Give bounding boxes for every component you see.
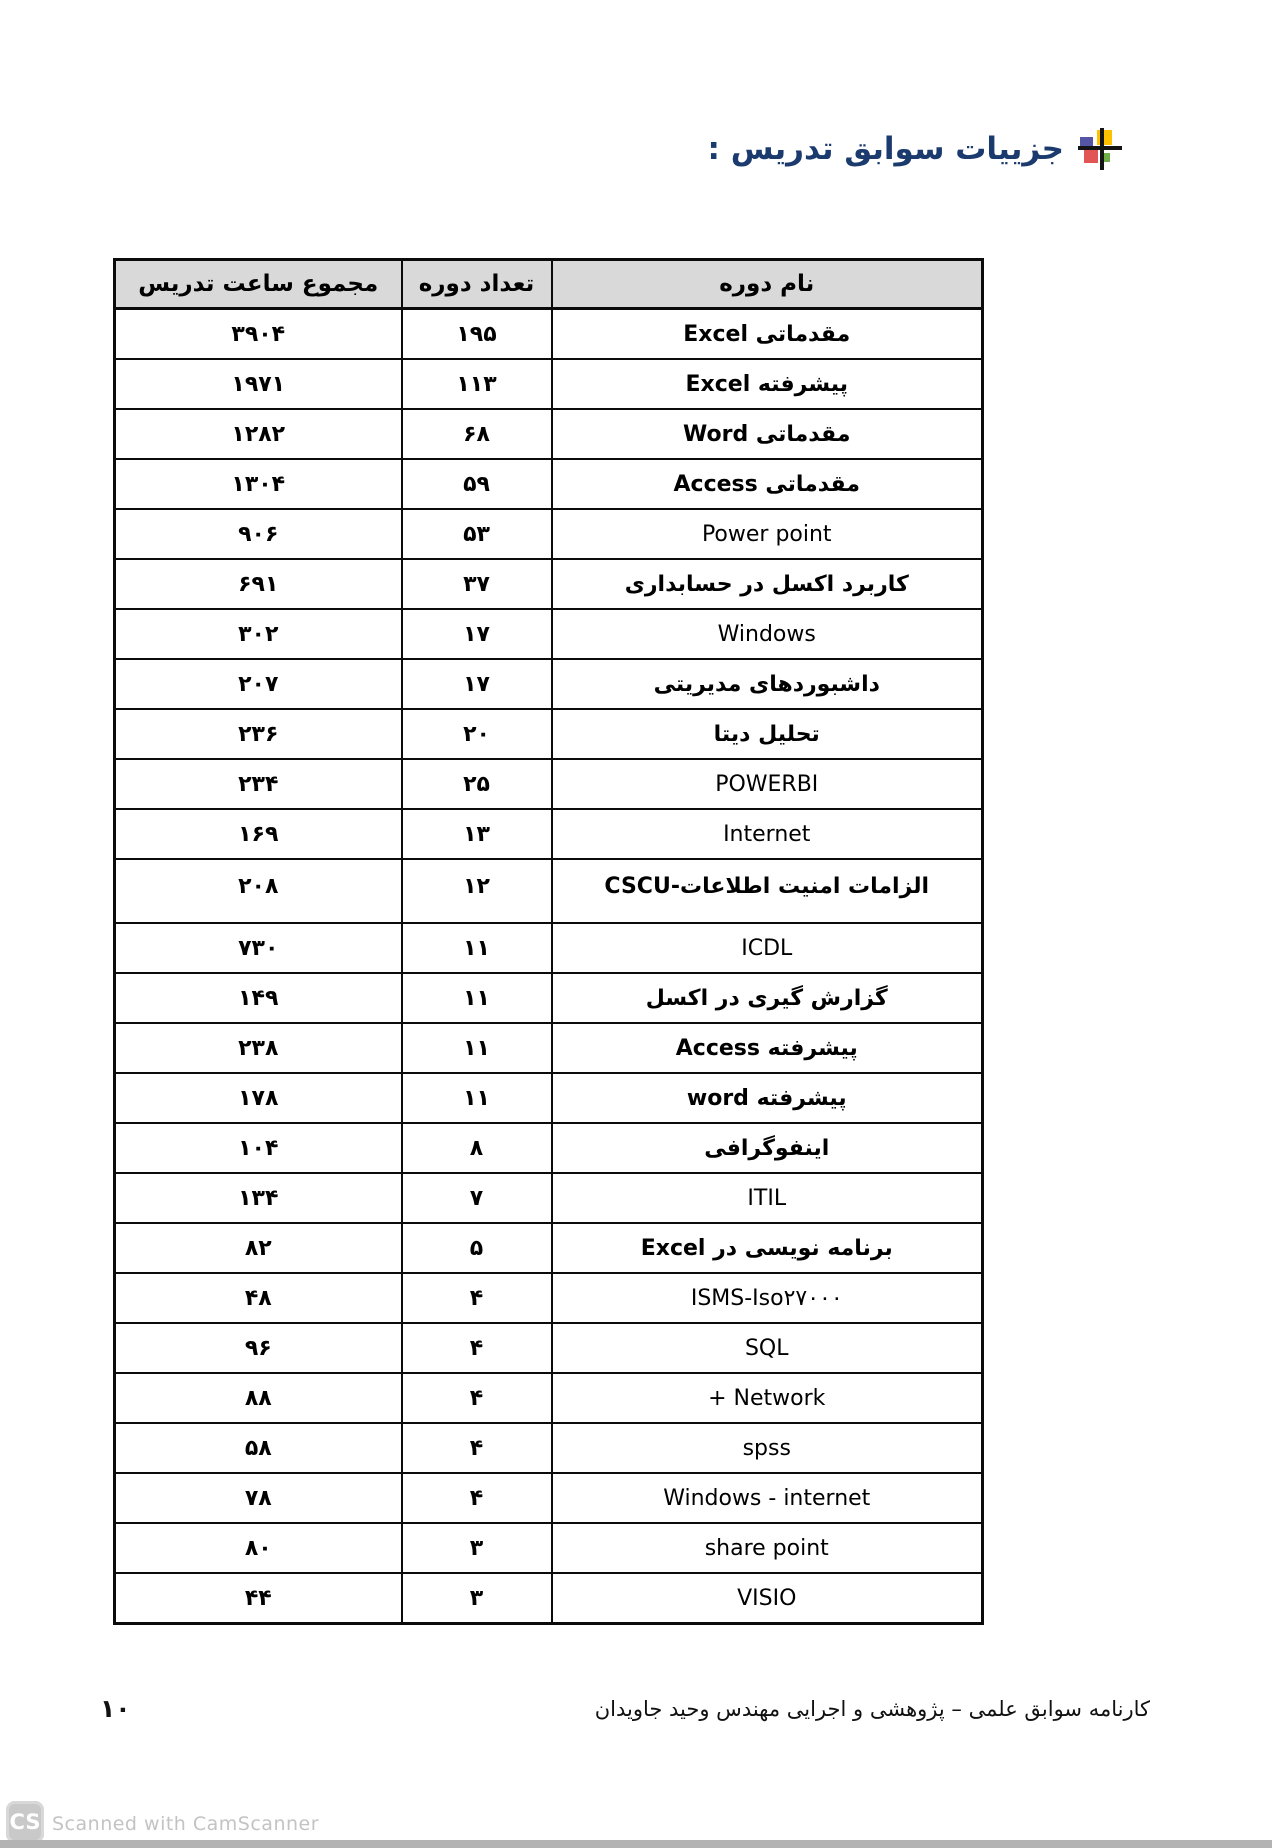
course-name-cell: پیشرفته Excel <box>552 359 983 409</box>
table-row: Windows - internet۴۷۸ <box>115 1473 983 1523</box>
course-count-cell: ۲۵ <box>402 759 552 809</box>
table-row: پیشرفته Excel۱۱۳۱۹۷۱ <box>115 359 983 409</box>
camscanner-logo-icon: CS <box>6 1801 44 1843</box>
scanner-bottom-strip <box>0 1840 1272 1848</box>
total-hours-cell: ۲۰۷ <box>115 659 402 709</box>
course-name-cell: پیشرفته word <box>552 1073 983 1123</box>
course-count-cell: ۱۱۳ <box>402 359 552 409</box>
table-row: پیشرفته word۱۱۱۷۸ <box>115 1073 983 1123</box>
column-header-total-hours: مجموع ساعت تدریس <box>115 260 402 309</box>
course-count-cell: ۴ <box>402 1473 552 1523</box>
course-name-cell: ICDL <box>552 923 983 973</box>
total-hours-cell: ۵۸ <box>115 1423 402 1473</box>
course-count-cell: ۶۸ <box>402 409 552 459</box>
bullet-cross-horizontal <box>1078 146 1122 150</box>
footer-page-number: ۱۰ <box>100 1694 131 1723</box>
course-count-cell: ۵۹ <box>402 459 552 509</box>
table-row: پیشرفته Access۱۱۲۳۸ <box>115 1023 983 1073</box>
course-count-cell: ۴ <box>402 1323 552 1373</box>
table-row: مقدماتی Word۶۸۱۲۸۲ <box>115 409 983 459</box>
table-row: spss۴۵۸ <box>115 1423 983 1473</box>
total-hours-cell: ۲۳۸ <box>115 1023 402 1073</box>
total-hours-cell: ۱۳۰۴ <box>115 459 402 509</box>
total-hours-cell: ۷۸ <box>115 1473 402 1523</box>
total-hours-cell: ۶۹۱ <box>115 559 402 609</box>
course-name-cell: مقدماتی Access <box>552 459 983 509</box>
section-title-row: جزییات سوابق تدریس : <box>708 128 1122 170</box>
course-count-cell: ۱۹۵ <box>402 309 552 360</box>
course-count-cell: ۱۱ <box>402 973 552 1023</box>
course-name-cell: اینفوگرافی <box>552 1123 983 1173</box>
course-name-cell: Power point <box>552 509 983 559</box>
course-name-cell: Windows - internet <box>552 1473 983 1523</box>
table-row: Power point۵۳۹۰۶ <box>115 509 983 559</box>
table-row: Network +۴۸۸ <box>115 1373 983 1423</box>
course-count-cell: ۵ <box>402 1223 552 1273</box>
course-count-cell: ۱۱ <box>402 1073 552 1123</box>
section-title: جزییات سوابق تدریس : <box>708 131 1064 167</box>
course-name-cell: ITIL <box>552 1173 983 1223</box>
table-row: ITIL۷۱۳۴ <box>115 1173 983 1223</box>
table-row: الزامات امنیت اطلاعات-CSCU۱۲۲۰۸ <box>115 859 983 923</box>
table-row: Internet۱۳۱۶۹ <box>115 809 983 859</box>
table-row: Windows۱۷۳۰۲ <box>115 609 983 659</box>
total-hours-cell: ۳۰۲ <box>115 609 402 659</box>
total-hours-cell: ۹۶ <box>115 1323 402 1373</box>
course-name-cell: داشبوردهای مدیریتی <box>552 659 983 709</box>
table-row: داشبوردهای مدیریتی۱۷۲۰۷ <box>115 659 983 709</box>
course-count-cell: ۳ <box>402 1573 552 1624</box>
total-hours-cell: ۱۷۸ <box>115 1073 402 1123</box>
total-hours-cell: ۱۴۹ <box>115 973 402 1023</box>
course-count-cell: ۱۱ <box>402 923 552 973</box>
course-count-cell: ۱۷ <box>402 659 552 709</box>
course-name-cell: share point <box>552 1523 983 1573</box>
total-hours-cell: ۸۰ <box>115 1523 402 1573</box>
course-count-cell: ۳۷ <box>402 559 552 609</box>
table-row: گزارش گیری در اکسل۱۱۱۴۹ <box>115 973 983 1023</box>
course-name-cell: Internet <box>552 809 983 859</box>
total-hours-cell: ۷۳۰ <box>115 923 402 973</box>
total-hours-cell: ۲۳۴ <box>115 759 402 809</box>
colored-plus-bullet-icon <box>1076 128 1122 170</box>
camscanner-watermark-text: Scanned with CamScanner <box>52 1813 319 1835</box>
course-count-cell: ۱۷ <box>402 609 552 659</box>
course-name-cell: برنامه نویسی در Excel <box>552 1223 983 1273</box>
table-row: share point۳۸۰ <box>115 1523 983 1573</box>
course-count-cell: ۴ <box>402 1273 552 1323</box>
table-row: VISIO۳۴۴ <box>115 1573 983 1624</box>
total-hours-cell: ۱۰۴ <box>115 1123 402 1173</box>
course-count-cell: ۴ <box>402 1423 552 1473</box>
table-row: ICDL۱۱۷۳۰ <box>115 923 983 973</box>
table-row: SQL۴۹۶ <box>115 1323 983 1373</box>
course-count-cell: ۸ <box>402 1123 552 1173</box>
column-header-course-name: نام دوره <box>552 260 983 309</box>
total-hours-cell: ۳۹۰۴ <box>115 309 402 360</box>
course-count-cell: ۲۰ <box>402 709 552 759</box>
table-row: مقدماتی Excel۱۹۵۳۹۰۴ <box>115 309 983 360</box>
table-header-row: نام دوره تعداد دوره مجموع ساعت تدریس <box>115 260 983 309</box>
total-hours-cell: ۲۰۸ <box>115 859 402 923</box>
course-count-cell: ۳ <box>402 1523 552 1573</box>
table-row: اینفوگرافی۸۱۰۴ <box>115 1123 983 1173</box>
total-hours-cell: ۴۸ <box>115 1273 402 1323</box>
course-name-cell: الزامات امنیت اطلاعات-CSCU <box>552 859 983 923</box>
table-row: ISMS-Iso۲۷۰۰۰۴۴۸ <box>115 1273 983 1323</box>
course-name-cell: Network + <box>552 1373 983 1423</box>
footer-credit-line: کارنامه سوابق علمی – پژوهشی و اجرایی مهن… <box>595 1697 1150 1721</box>
course-name-cell: پیشرفته Access <box>552 1023 983 1073</box>
course-count-cell: ۱۲ <box>402 859 552 923</box>
total-hours-cell: ۱۳۴ <box>115 1173 402 1223</box>
table-row: تحلیل دیتا۲۰۲۳۶ <box>115 709 983 759</box>
document-page: جزییات سوابق تدریس : نام دوره تعداد دوره… <box>0 0 1272 1848</box>
course-count-cell: ۴ <box>402 1373 552 1423</box>
column-header-course-count: تعداد دوره <box>402 260 552 309</box>
table-row: مقدماتی Access۵۹۱۳۰۴ <box>115 459 983 509</box>
course-name-cell: POWERBI <box>552 759 983 809</box>
total-hours-cell: ۲۳۶ <box>115 709 402 759</box>
course-name-cell: مقدماتی Word <box>552 409 983 459</box>
total-hours-cell: ۱۶۹ <box>115 809 402 859</box>
teaching-history-table: نام دوره تعداد دوره مجموع ساعت تدریس مقد… <box>113 258 984 1625</box>
course-name-cell: VISIO <box>552 1573 983 1624</box>
total-hours-cell: ۴۴ <box>115 1573 402 1624</box>
course-count-cell: ۵۳ <box>402 509 552 559</box>
course-name-cell: SQL <box>552 1323 983 1373</box>
course-name-cell: spss <box>552 1423 983 1473</box>
table-row: برنامه نویسی در Excel۵۸۲ <box>115 1223 983 1273</box>
table-row: کاربرد اکسل در حسابداری۳۷۶۹۱ <box>115 559 983 609</box>
course-name-cell: تحلیل دیتا <box>552 709 983 759</box>
total-hours-cell: ۱۲۸۲ <box>115 409 402 459</box>
total-hours-cell: ۸۲ <box>115 1223 402 1273</box>
course-name-cell: Windows <box>552 609 983 659</box>
table-row: POWERBI۲۵۲۳۴ <box>115 759 983 809</box>
total-hours-cell: ۹۰۶ <box>115 509 402 559</box>
total-hours-cell: ۸۸ <box>115 1373 402 1423</box>
course-count-cell: ۱۳ <box>402 809 552 859</box>
course-name-cell: کاربرد اکسل در حسابداری <box>552 559 983 609</box>
course-name-cell: گزارش گیری در اکسل <box>552 973 983 1023</box>
course-name-cell: مقدماتی Excel <box>552 309 983 360</box>
course-count-cell: ۷ <box>402 1173 552 1223</box>
total-hours-cell: ۱۹۷۱ <box>115 359 402 409</box>
course-count-cell: ۱۱ <box>402 1023 552 1073</box>
bullet-square-red <box>1084 149 1098 163</box>
course-name-cell: ISMS-Iso۲۷۰۰۰ <box>552 1273 983 1323</box>
